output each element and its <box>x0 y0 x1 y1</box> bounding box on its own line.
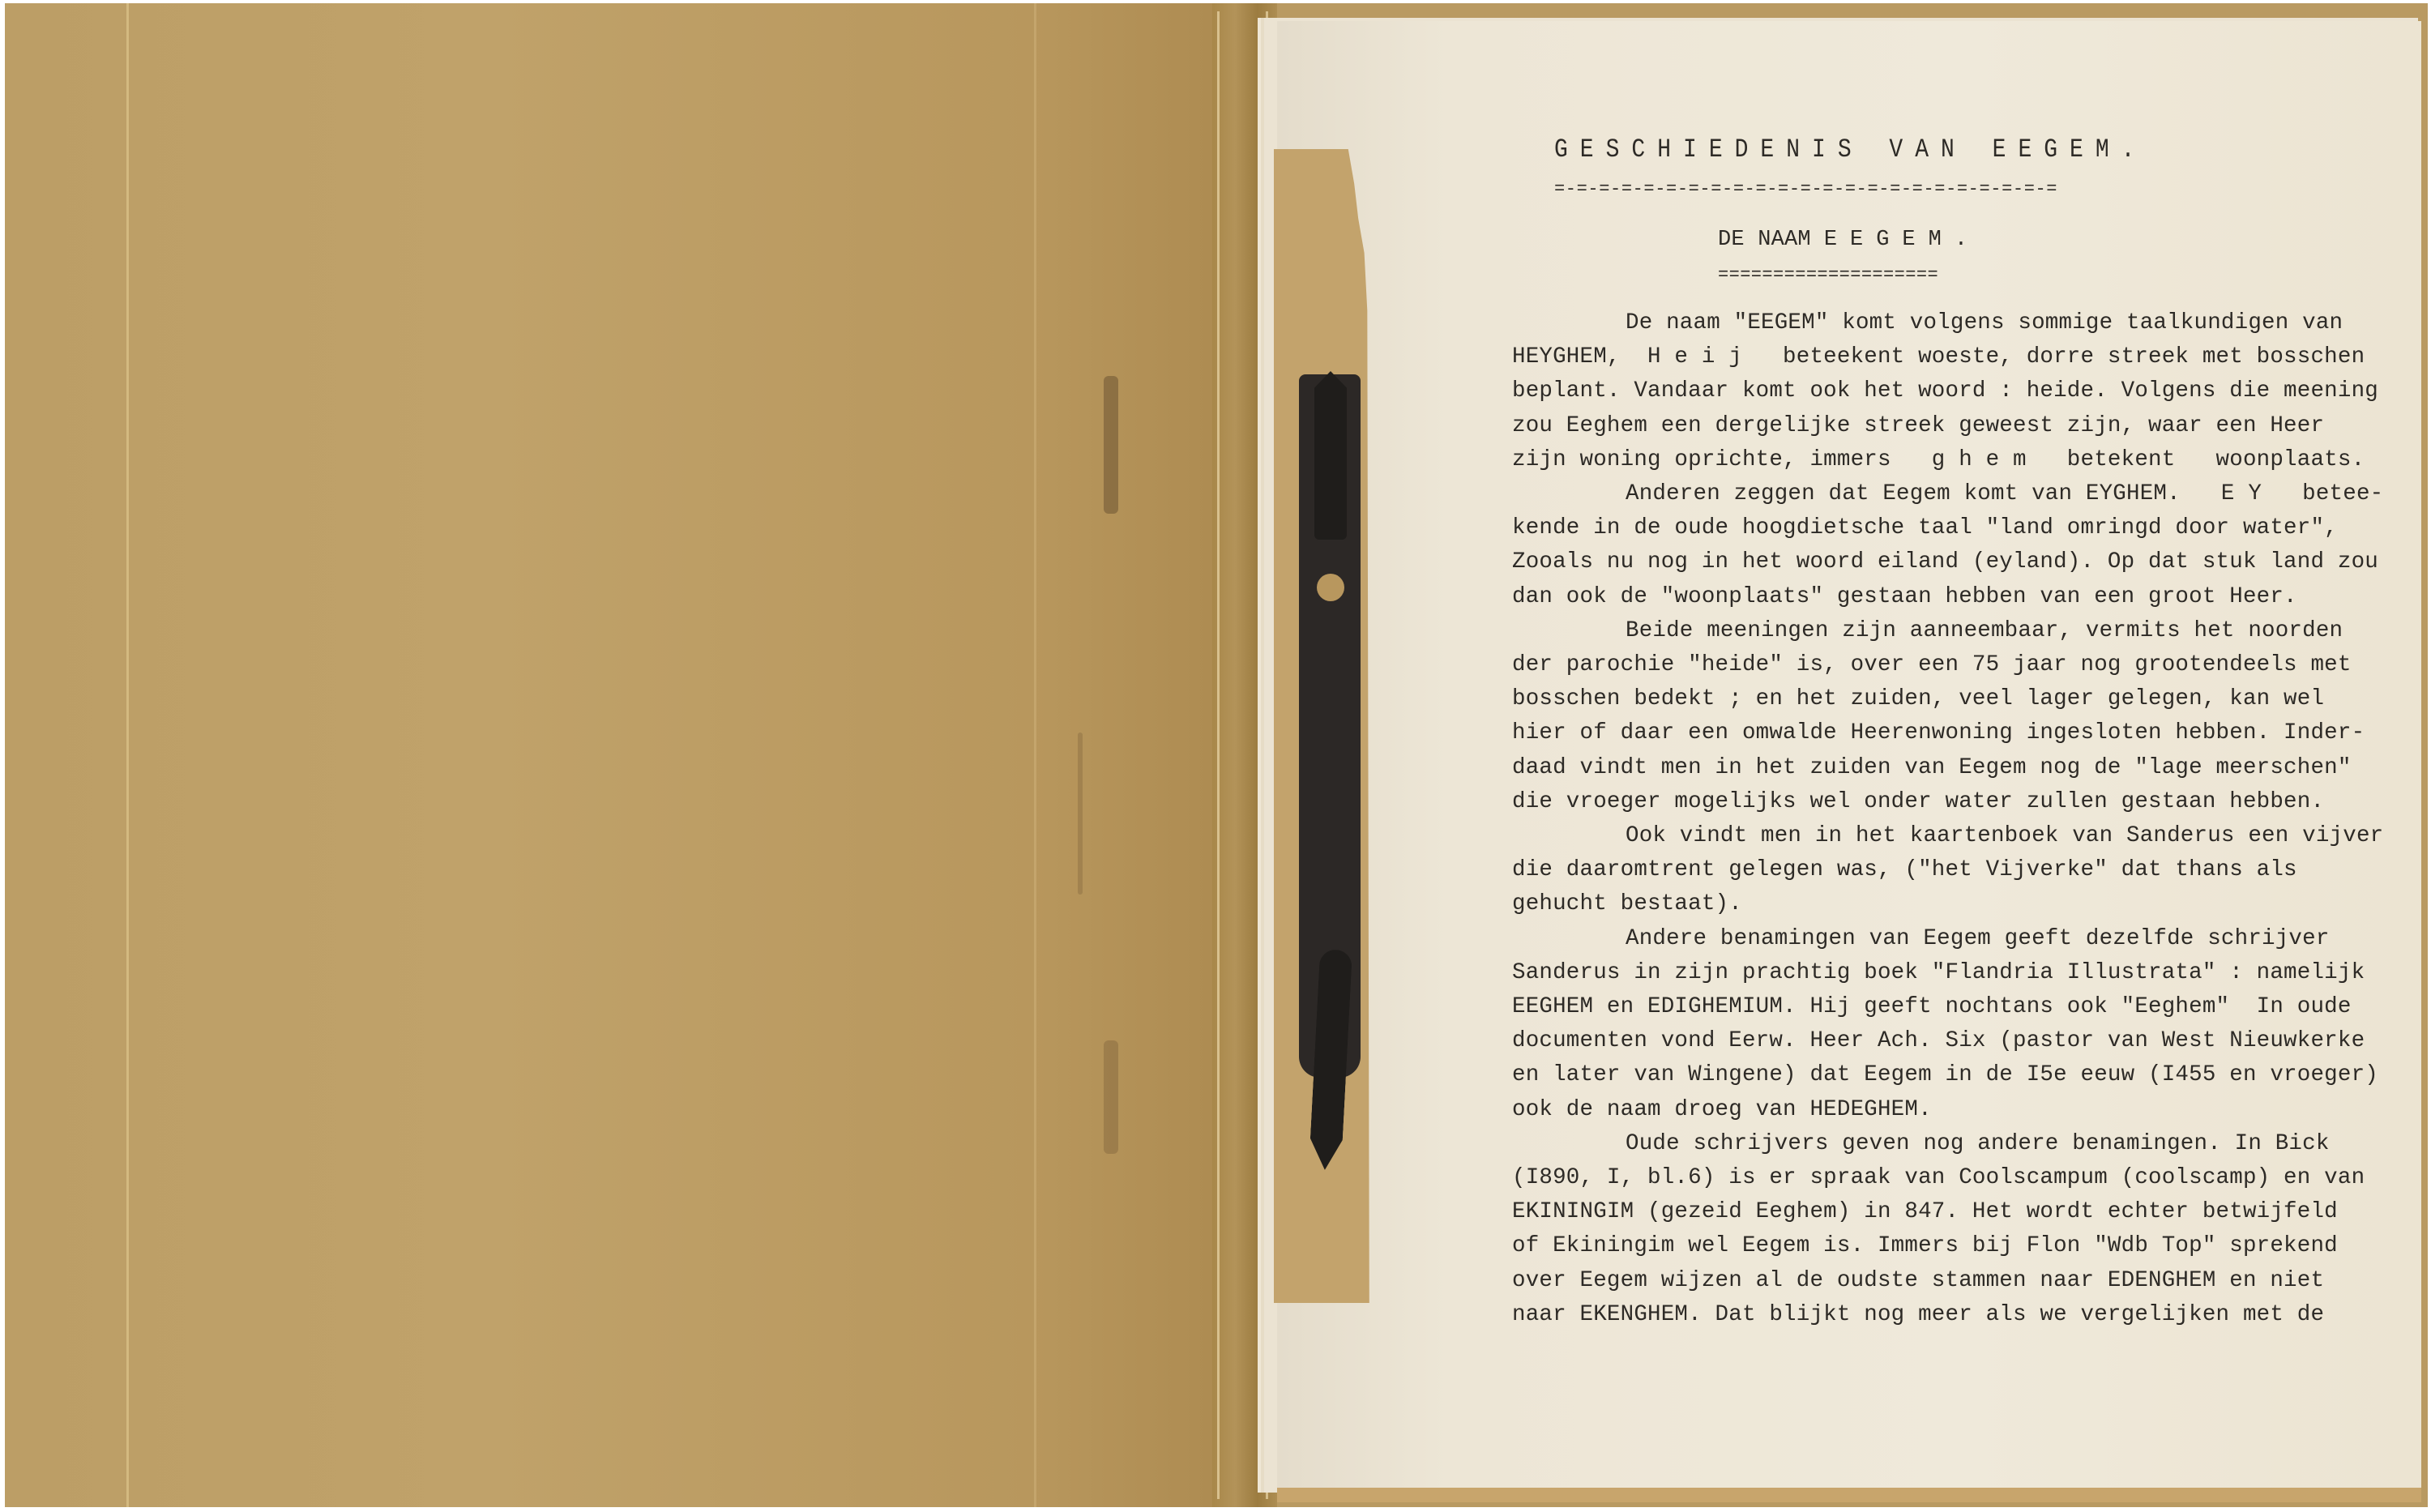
section-heading-name: EEGEM. <box>1824 228 1980 252</box>
text-line: (I890, I, bl.6) is er spraak van Coolsca… <box>1512 1161 2412 1195</box>
text-line: ook de naam droeg van HEDEGHEM. <box>1512 1093 2412 1127</box>
text-line: beplant. Vandaar komt ook het woord : he… <box>1512 374 2412 408</box>
text-line: hier of daar een omwalde Heerenwoning in… <box>1512 716 2412 750</box>
text-line: zijn woning oprichte, immers g h e m bet… <box>1512 443 2412 477</box>
text-line: naar EKENGHEM. Dat blijkt nog meer als w… <box>1512 1298 2412 1332</box>
fastener-hole <box>1317 574 1344 601</box>
cover-crease <box>1034 3 1036 1507</box>
document-title: GESCHIEDENIS VAN EEGEM. <box>1554 128 2412 173</box>
text-line: en later van Wingene) dat Eegem in de I5… <box>1512 1058 2412 1092</box>
text-line: Oude schrijvers geven nog andere benamin… <box>1512 1127 2412 1161</box>
text-line: Zooals nu nog in het woord eiland (eylan… <box>1512 545 2412 579</box>
text-line: dan ook de "woonplaats" gestaan hebben v… <box>1512 580 2412 614</box>
text-line: daad vindt men in het zuiden van Eegem n… <box>1512 751 2412 785</box>
text-line: documenten vond Eerw. Heer Ach. Six (pas… <box>1512 1024 2412 1058</box>
text-line: Beide meeningen zijn aanneembaar, vermit… <box>1512 614 2412 648</box>
text-line: of Ekiningim wel Eegem is. Immers bij Fl… <box>1512 1229 2412 1263</box>
text-line: Andere benamingen van Eegem geeft dezelf… <box>1512 922 2412 956</box>
rust-stain <box>1104 376 1118 514</box>
text-line: EKININGIM (gezeid Eeghem) in 847. Het wo… <box>1512 1195 2412 1229</box>
text-line: zou Eeghem een dergelijke streek geweest… <box>1512 409 2412 443</box>
body-text: De naam "EEGEM" komt volgens sommige taa… <box>1512 306 2412 1332</box>
title-underline: =-=-=-=-=-=-=-=-=-=-=-=-=-=-=-=-=-=-=-=-… <box>1554 170 2412 209</box>
rust-stain <box>1104 1040 1118 1154</box>
folder-bottom-edge <box>1277 1488 2421 1502</box>
text-line: De naam "EEGEM" komt volgens sommige taa… <box>1512 306 2412 340</box>
text-line: die daaromtrent gelegen was, ("het Vijve… <box>1512 853 2412 887</box>
text-line: Ook vindt men in het kaartenboek van San… <box>1512 819 2412 853</box>
text-line: bosschen bedekt ; en het zuiden, veel la… <box>1512 682 2412 716</box>
section-heading-prefix: DE NAAM <box>1718 228 1811 252</box>
text-line: die vroeger mogelijks wel onder water zu… <box>1512 785 2412 819</box>
text-line: gehucht bestaat). <box>1512 887 2412 921</box>
text-line: Anderen zeggen dat Eegem komt van EYGHEM… <box>1512 477 2412 511</box>
section-heading: DE NAAMEEGEM. <box>1718 220 2412 259</box>
document-text: GESCHIEDENIS VAN EEGEM. =-=-=-=-=-=-=-=-… <box>1512 131 2412 1332</box>
spine-fold-line <box>1217 11 1220 1499</box>
text-line: kende in de oude hoogdietsche taal "land… <box>1512 511 2412 545</box>
text-line: EEGHEM en EDIGHEMIUM. Hij geeft nochtans… <box>1512 990 2412 1024</box>
text-line: HEYGHEM, H e i j beteekent woeste, dorre… <box>1512 340 2412 374</box>
rust-stain <box>1078 733 1083 895</box>
text-line: over Eegem wijzen al de oudste stammen n… <box>1512 1264 2412 1298</box>
cover-crease <box>126 3 129 1507</box>
fastener-prong-top[interactable] <box>1314 371 1347 540</box>
text-line: der parochie "heide" is, over een 75 jaa… <box>1512 648 2412 682</box>
text-line: Sanderus in zijn prachtig boek "Flandria… <box>1512 956 2412 990</box>
section-underline: ==================== <box>1718 259 2412 292</box>
folder-left-cover <box>5 3 1212 1507</box>
